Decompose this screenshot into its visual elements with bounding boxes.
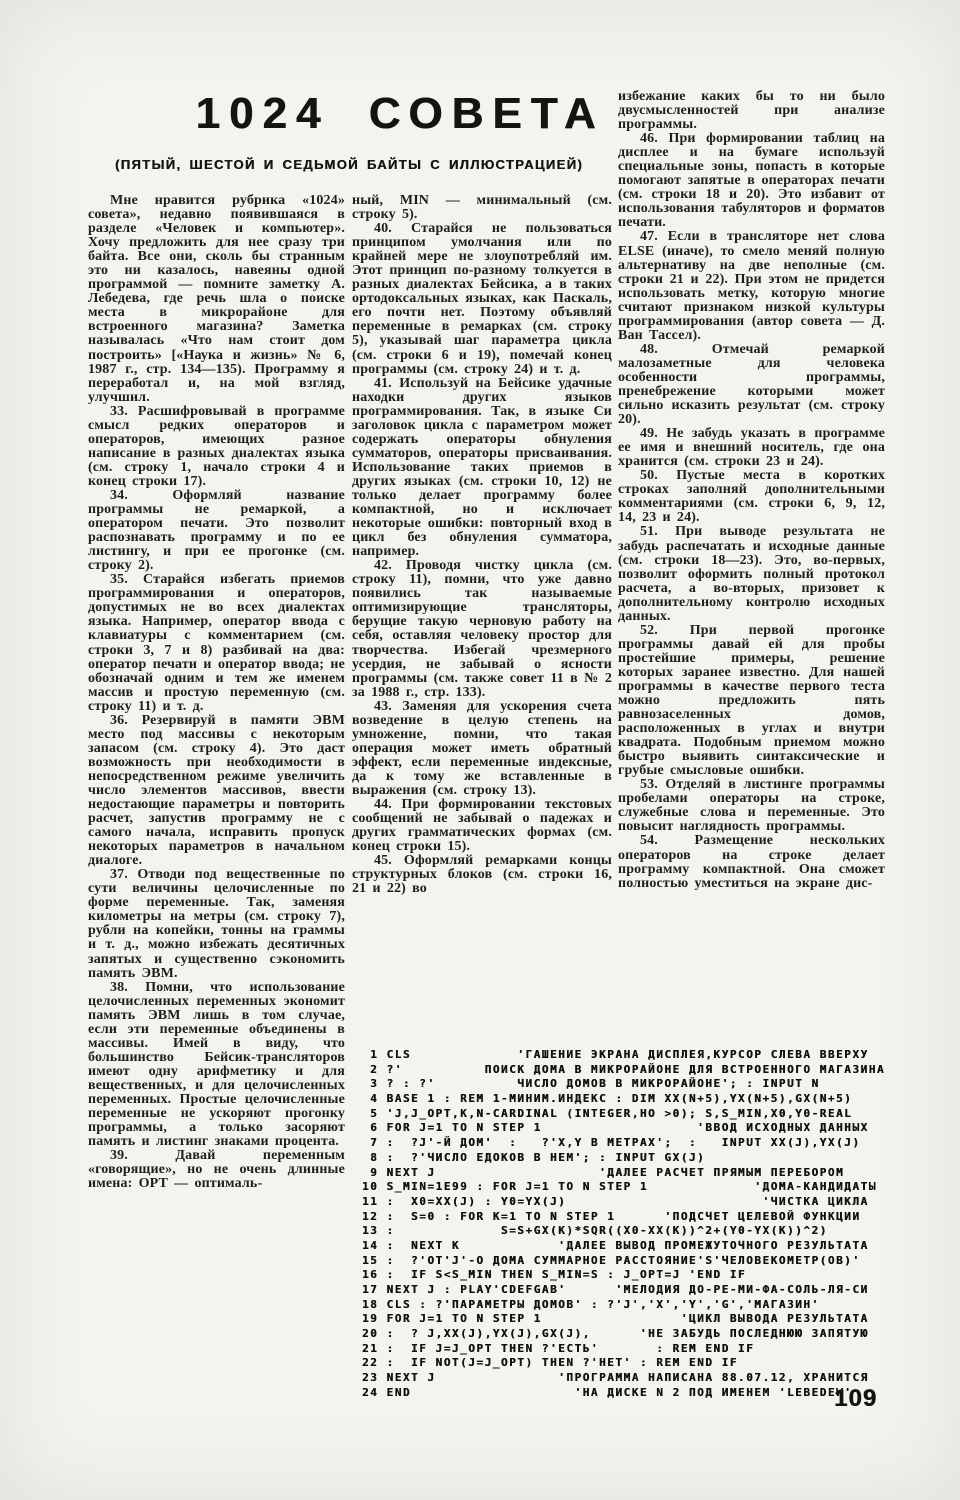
intro-paragraph: Мне нравится рубрика «1024» совета», нед… — [88, 194, 345, 405]
tip-47: 47. Если в трансляторе нет слова ELSE (и… — [618, 230, 885, 342]
tip-45-continued: избежание каких бы то ни было двусмыслен… — [618, 90, 885, 132]
tip-39-continued: ный, MIN — минимальный (см. строку 5). — [352, 194, 612, 222]
code-line: 8 : ?'ЧИСЛО ЕДОКОВ В НЕМ'; : INPUT GX(J) — [362, 1151, 886, 1166]
article-subtitle: (ПЯТЫЙ, ШЕСТОЙ И СЕДЬМОЙ БАЙТЫ С ИЛЛЮСТР… — [88, 157, 610, 173]
code-line: 11 : X0=XX(J) : Y0=YX(J) 'ЧИСТКА ЦИКЛА — [362, 1195, 886, 1210]
text-column-3: избежание каких бы то ни было двусмыслен… — [618, 90, 885, 1040]
tip-37: 37. Отводи под вещественные по сути вели… — [88, 868, 345, 980]
article-title: 1024 СОВЕТА — [150, 90, 650, 138]
tip-42: 42. Проводя чистку цикла (см. строку 11)… — [352, 559, 612, 699]
tip-43: 43. Заменяя для ускорения счета возведен… — [352, 700, 612, 798]
code-line: 9 NEXT J 'ДАЛЕЕ РАСЧЕТ ПРЯМЫМ ПЕРЕБОРОМ — [362, 1166, 886, 1181]
code-line: 3 ? : ?' ЧИСЛО ДОМОВ В МИКРОРАЙОНЕ'; : I… — [362, 1077, 886, 1092]
code-line: 13 : S=S+GX(K)*SQR((X0-XX(K))^2+(Y0-YX(K… — [362, 1224, 886, 1239]
code-line: 10 S_MIN=1E99 : FOR J=1 TO N STEP 1 'ДОМ… — [362, 1180, 886, 1195]
code-line: 17 NEXT J : PLAY'CDEFGAB' 'МЕЛОДИЯ ДО-РЕ… — [362, 1283, 886, 1298]
tip-51: 51. При выводе результата не забудь расп… — [618, 525, 885, 623]
code-line: 6 FOR J=1 TO N STEP 1 'ВВОД ИСХОДНЫХ ДАН… — [362, 1121, 886, 1136]
code-line: 4 BASE 1 : REM 1-МИНИМ.ИНДЕКС : DIM XX(N… — [362, 1092, 886, 1107]
basic-program-listing: 1 CLS 'ГАШЕНИЕ ЭКРАНА ДИСПЛЕЯ,КУРСОР СЛЕ… — [362, 1048, 886, 1404]
tip-45: 45. Оформляй ремарками концы структурных… — [352, 854, 612, 896]
code-line: 12 : S=0 : FOR K=1 TO N STEP 1 'ПОДСЧЕТ … — [362, 1210, 886, 1225]
tip-49: 49. Не забудь указать в программе ее имя… — [618, 427, 885, 469]
code-line: 19 FOR J=1 TO N STEP 1 'ЦИКЛ ВЫВОДА РЕЗУ… — [362, 1312, 886, 1327]
tip-53: 53. Отделяй в листинге программы пробела… — [618, 778, 885, 834]
text-column-2: ный, MIN — минимальный (см. строку 5). 4… — [352, 194, 612, 1040]
tip-44: 44. При формировании текстовых сообщений… — [352, 798, 612, 854]
code-line: 7 : ?J'-Й ДОМ' : ?'X,Y В МЕТРАХ'; : INPU… — [362, 1136, 886, 1151]
tip-38: 38. Помни, что использование целочисленн… — [88, 981, 345, 1150]
tip-40: 40. Старайся не пользоваться принципом у… — [352, 222, 612, 377]
tip-46: 46. При формировании таблиц на дисплее и… — [618, 132, 885, 230]
tip-50: 50. Пустые места в коротких строках запо… — [618, 469, 885, 525]
code-line: 14 : NEXT K 'ДАЛЕЕ ВЫВОД ПРОМЕЖУТОЧНОГО … — [362, 1239, 886, 1254]
code-line: 22 : IF NOT(J=J_OPT) THEN ?'НЕТ' : REM E… — [362, 1356, 886, 1371]
code-line: 21 : IF J=J_OPT THEN ?'ЕСТЬ' : REM END I… — [362, 1342, 886, 1357]
tip-54: 54. Размещение нескольких операторов на … — [618, 834, 885, 890]
code-line: 23 NEXT J 'ПРОГРАММА НАПИСАНА 88.07.12, … — [362, 1371, 886, 1386]
code-line: 5 'J,J_OPT,K,N-CARDINAL (INTEGER,НО >0);… — [362, 1107, 886, 1122]
code-line: 24 END 'НА ДИСКЕ N 2 ПОД ИМЕНЕМ 'LEBEDEW… — [362, 1386, 886, 1401]
code-line: 18 CLS : ?'ПАРАМЕТРЫ ДОМОВ' : ?'J','X','… — [362, 1298, 886, 1313]
page-number: 109 — [834, 1385, 894, 1413]
tip-35: 35. Старайся избегать приемов программир… — [88, 573, 345, 713]
code-line: 2 ?' ПОИСК ДОМА В МИКРОРАЙОНЕ ДЛЯ ВСТРОЕ… — [362, 1063, 886, 1078]
tip-39: 39. Давай переменным «говорящие», но не … — [88, 1149, 345, 1191]
tip-41: 41. Используй на Бейсике удачные находки… — [352, 377, 612, 560]
code-line: 1 CLS 'ГАШЕНИЕ ЭКРАНА ДИСПЛЕЯ,КУРСОР СЛЕ… — [362, 1048, 886, 1063]
tip-33: 33. Расшифровывай в программе смысл редк… — [88, 405, 345, 489]
code-line: 20 : ? J,XX(J),YX(J),GX(J), 'НЕ ЗАБУДЬ П… — [362, 1327, 886, 1342]
code-line: 15 : ?'ОТ'J'-О ДОМА СУММАРНОЕ РАССТОЯНИЕ… — [362, 1254, 886, 1269]
code-line: 16 : IF S<S_MIN THEN S_MIN=S : J_OPT=J '… — [362, 1268, 886, 1283]
tip-36: 36. Резервируй в памяти ЭВМ место под ма… — [88, 714, 345, 869]
tip-34: 34. Оформляй название программы не ремар… — [88, 489, 345, 573]
tip-48: 48. Отмечай ремаркой малозаметные для че… — [618, 343, 885, 427]
tip-52: 52. При первой прогонке программы давай … — [618, 624, 885, 779]
text-column-1: Мне нравится рубрика «1024» совета», нед… — [88, 194, 345, 1406]
